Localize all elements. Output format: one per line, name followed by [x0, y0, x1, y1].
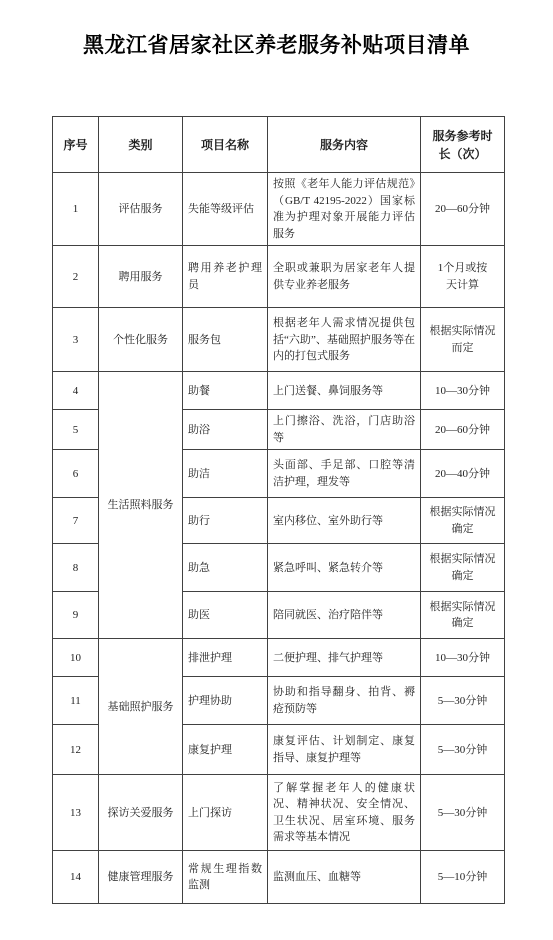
cell-duration: 10—30分钟 [421, 639, 505, 677]
cell-category: 评估服务 [99, 173, 183, 246]
column-header-project: 项目名称 [183, 117, 268, 173]
cell-duration: 5—10分钟 [421, 851, 505, 904]
cell-project: 常规生理指数监测 [183, 851, 268, 904]
cell-content: 康复评估、计划制定、康复指导、康复护理等 [268, 725, 421, 775]
cell-category: 健康管理服务 [99, 851, 183, 904]
cell-no: 3 [53, 308, 99, 372]
table-row: 3 个性化服务 服务包 根据老年人需求情况提供包括“六助”、基础照护服务等在内的… [53, 308, 505, 372]
cell-content: 紧急呼叫、紧急转介等 [268, 544, 421, 592]
column-header-category: 类别 [99, 117, 183, 173]
header-row: 序号 类别 项目名称 服务内容 服务参考时 长（次） [53, 117, 505, 173]
cell-project: 助急 [183, 544, 268, 592]
cell-category: 聘用服务 [99, 246, 183, 308]
cell-duration: 20—60分钟 [421, 410, 505, 450]
cell-content: 头面部、手足部、口腔等清洁护理，理发等 [268, 450, 421, 498]
cell-duration: 根据实际情况确定 [421, 498, 505, 544]
cell-category: 探访关爱服务 [99, 775, 183, 851]
table-row: 13 探访关爱服务 上门探访 了解掌握老年人的健康状况、精神状况、安全情况、卫生… [53, 775, 505, 851]
cell-project: 康复护理 [183, 725, 268, 775]
cell-no: 1 [53, 173, 99, 246]
cell-duration: 根据实际情况确定 [421, 592, 505, 639]
service-subsidy-table: 序号 类别 项目名称 服务内容 服务参考时 长（次） 1 评估服务 失能等级评估… [52, 116, 505, 904]
table-row: 4 生活照料服务 助餐 上门送餐、鼻饲服务等 10—30分钟 [53, 372, 505, 410]
table-row: 2 聘用服务 聘用养老护理员 全职或兼职为居家老年人提供专业养老服务 1个月或按… [53, 246, 505, 308]
cell-no: 2 [53, 246, 99, 308]
cell-content: 室内移位、室外助行等 [268, 498, 421, 544]
document-title: 黑龙江省居家社区养老服务补贴项目清单 [0, 31, 553, 59]
cell-no: 13 [53, 775, 99, 851]
cell-no: 11 [53, 677, 99, 725]
cell-duration: 20—60分钟 [421, 173, 505, 246]
table-row: 14 健康管理服务 常规生理指数监测 监测血压、血糖等 5—10分钟 [53, 851, 505, 904]
cell-duration: 5—30分钟 [421, 775, 505, 851]
cell-category-basic-nursing-group: 基础照护服务 [99, 639, 183, 775]
cell-duration: 10—30分钟 [421, 372, 505, 410]
cell-content: 全职或兼职为居家老年人提供专业养老服务 [268, 246, 421, 308]
cell-category-daily-care-group: 生活照料服务 [99, 372, 183, 639]
cell-no: 10 [53, 639, 99, 677]
cell-no: 7 [53, 498, 99, 544]
cell-duration: 1个月或按 天计算 [421, 246, 505, 308]
cell-project: 助医 [183, 592, 268, 639]
cell-project: 助洁 [183, 450, 268, 498]
cell-content: 上门送餐、鼻饲服务等 [268, 372, 421, 410]
cell-content: 二便护理、排气护理等 [268, 639, 421, 677]
cell-duration: 5—30分钟 [421, 677, 505, 725]
cell-project: 助浴 [183, 410, 268, 450]
cell-content: 根据老年人需求情况提供包括“六助”、基础照护服务等在内的打包式服务 [268, 308, 421, 372]
cell-duration: 根据实际情况而定 [421, 308, 505, 372]
cell-no: 9 [53, 592, 99, 639]
cell-project: 上门探访 [183, 775, 268, 851]
cell-project: 聘用养老护理员 [183, 246, 268, 308]
cell-project: 助餐 [183, 372, 268, 410]
cell-no: 4 [53, 372, 99, 410]
cell-no: 6 [53, 450, 99, 498]
cell-project: 排泄护理 [183, 639, 268, 677]
cell-no: 8 [53, 544, 99, 592]
cell-content: 监测血压、血糖等 [268, 851, 421, 904]
cell-project: 助行 [183, 498, 268, 544]
cell-duration: 20—40分钟 [421, 450, 505, 498]
table-row: 10 基础照护服务 排泄护理 二便护理、排气护理等 10—30分钟 [53, 639, 505, 677]
column-header-content: 服务内容 [268, 117, 421, 173]
table-row: 1 评估服务 失能等级评估 按照《老年人能力评估规范》（GB/T 42195-2… [53, 173, 505, 246]
cell-no: 5 [53, 410, 99, 450]
cell-no: 14 [53, 851, 99, 904]
column-header-duration: 服务参考时 长（次） [421, 117, 505, 173]
cell-content: 按照《老年人能力评估规范》（GB/T 42195-2022）国家标准为护理对象开… [268, 173, 421, 246]
cell-no: 12 [53, 725, 99, 775]
cell-duration: 根据实际情况确定 [421, 544, 505, 592]
cell-project: 服务包 [183, 308, 268, 372]
column-header-no: 序号 [53, 117, 99, 173]
cell-project: 护理协助 [183, 677, 268, 725]
cell-project: 失能等级评估 [183, 173, 268, 246]
cell-content: 上门擦浴、洗浴，门店助浴等 [268, 410, 421, 450]
cell-content: 了解掌握老年人的健康状况、精神状况、安全情况、卫生状况、居室环境、服务需求等基本… [268, 775, 421, 851]
cell-duration: 5—30分钟 [421, 725, 505, 775]
cell-category: 个性化服务 [99, 308, 183, 372]
cell-content: 陪同就医、治疗陪伴等 [268, 592, 421, 639]
cell-content: 协助和指导翻身、拍背、褥疮预防等 [268, 677, 421, 725]
